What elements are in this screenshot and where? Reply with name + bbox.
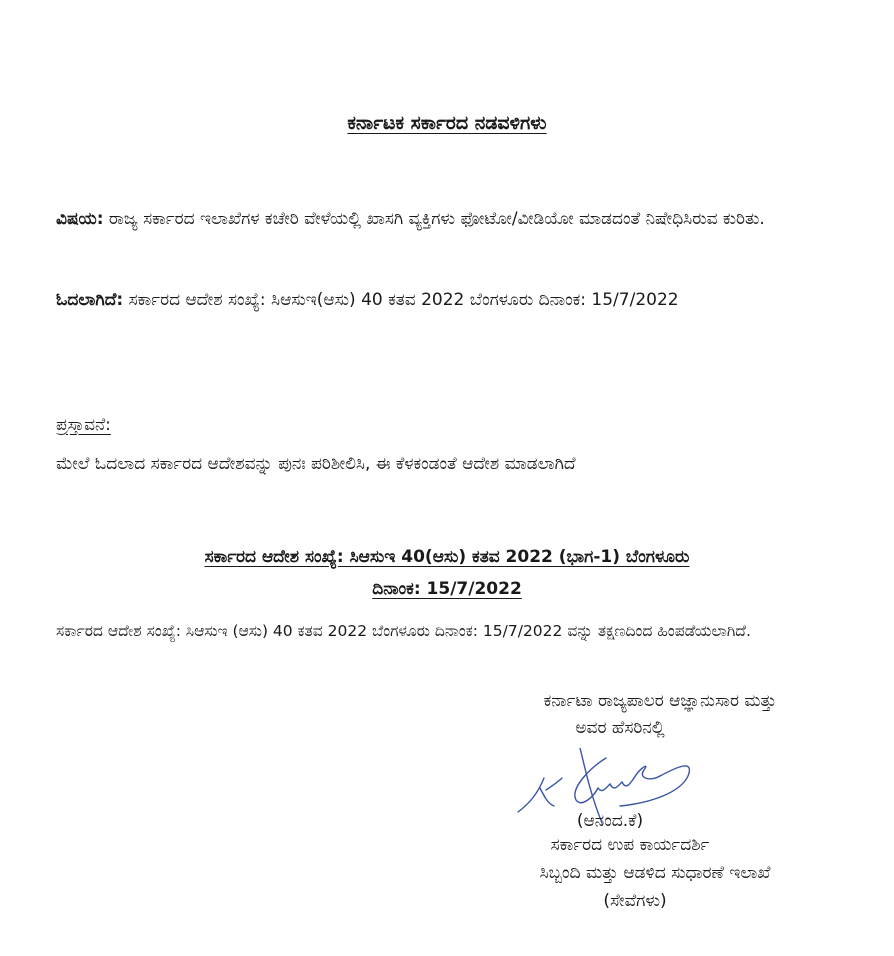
signatory-department-section: (ಸೇವೆಗಳು) [560,888,710,915]
document-title: ಕರ್ನಾಟಕ ಸರ್ಕಾರದ ನಡವಳಿಗಳು [0,112,894,134]
preamble-heading: ಪ್ರಸ್ತಾವನೆ: [56,411,111,439]
order-title-line2: ದಿನಾಂಕ: 15/7/2022 [372,579,522,599]
authority-line1: ಕರ್ನಾಟಾ ರಾಜ್ಯಪಾಲರ ಆಜ್ಞಾನುಸಾರ ಮತ್ತು [470,688,850,715]
reference-text: ಸರ್ಕಾರದ ಆದೇಶ ಸಂಖ್ಯೆ: ಸಿಆಸುಇ(ಆಸು) 40 ಕತವ … [123,290,678,310]
subject-paragraph: ವಿಷಯ: ರಾಜ್ಯ ಸರ್ಕಾರದ ಇಲಾಖೆಗಳ ಕಚೇರಿ ವೇಳೆಯಲ… [56,205,846,233]
order-title-line1: ಸರ್ಕಾರದ ಆದೇಶ ಸಂಖ್ಯೆ: ಸಿಆಸುಇ 40(ಆಸು) ಕತವ … [205,547,690,567]
document-page: ಕರ್ನಾಟಕ ಸರ್ಕಾರದ ನಡವಳಿಗಳು ವಿಷಯ: ರಾಜ್ಯ ಸರ್… [0,0,894,956]
reference-label: ಓದಲಾಗಿದೆ: [56,290,123,310]
preamble-body: ಮೇಲೆ ಓದಲಾದ ಸರ್ಕಾರದ ಆದೇಶವನ್ನು ಪುನಃ ಪರಿಶೀಲ… [56,450,856,478]
order-title: ಸರ್ಕಾರದ ಆದೇಶ ಸಂಖ್ಯೆ: ಸಿಆಸುಇ 40(ಆಸು) ಕತವ … [0,541,894,605]
order-text: ಸರ್ಕಾರದ ಆದೇಶ ಸಂಖ್ಯೆ: ಸಿಆಸುಇ (ಆಸು) 40 ಕತವ… [56,618,856,644]
signatory-designation: ಸರ್ಕಾರದ ಉಪ ಕಾರ್ಯದರ್ಶಿ [470,832,790,859]
signatory-department: ಸಿಬ್ಬಂದಿ ಮತ್ತು ಆಡಳಿದ ಸುಧಾರಣೆ ಇಲಾಖೆ [455,860,855,887]
reference-paragraph: ಓದಲಾಗಿದೆ: ಸರ್ಕಾರದ ಆದೇಶ ಸಂಖ್ಯೆ: ಸಿಆಸುಇ(ಆಸ… [56,286,846,314]
authority-line2: ಅವರ ಹೆಸರಿನಲ್ಲಿ [520,715,720,742]
subject-text: ರಾಜ್ಯ ಸರ್ಕಾರದ ಇಲಾಖೆಗಳ ಕಚೇರಿ ವೇಳೆಯಲ್ಲಿ ಖಾ… [104,209,765,229]
signatory-name: (ಆನಂದ.ಕೆ) [545,808,675,835]
subject-label: ವಿಷಯ: [56,209,104,229]
